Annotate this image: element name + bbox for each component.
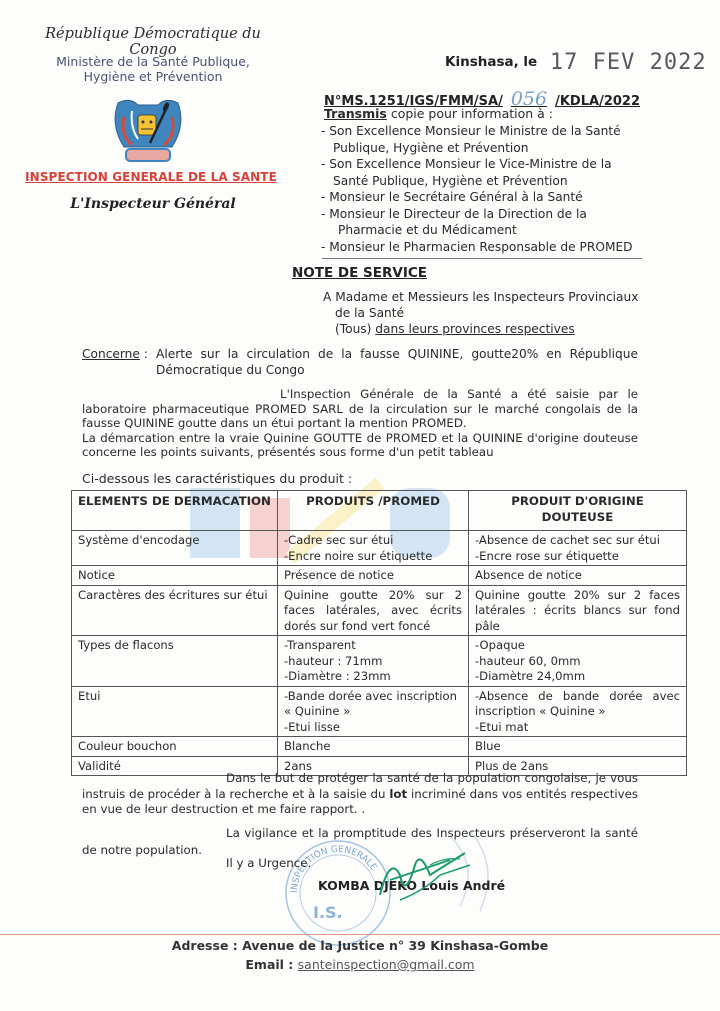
footer-address: Adresse : Avenue de la Justice n° 39 Kin… [0, 938, 720, 953]
cc-item: - Monsieur le Directeur de la Direction … [321, 206, 641, 239]
ministry-line-2: Hygiène et Prévention [30, 69, 276, 84]
addressee-underlined: dans leurs provinces respectives [375, 322, 574, 336]
addressee-line-3: (Tous) dans leurs provinces respectives [323, 321, 639, 337]
cell-line: -Etui mat [475, 720, 680, 736]
subject-text: Alerte sur la circulation de la fausse Q… [156, 346, 638, 378]
promed-cell: Présence de notice [278, 566, 469, 586]
handwritten-signature-icon [370, 845, 480, 905]
ref-suffix: /KDLA/2022 [555, 94, 640, 109]
addressee-line-2: de la Santé [323, 305, 639, 321]
cell-line: -Opaque [475, 638, 680, 654]
subject-block: Concerne : Alerte sur la circulation de … [82, 346, 638, 362]
addressee-prefix: (Tous) [335, 322, 371, 336]
cell-line: -Encre rose sur étiquette [475, 549, 680, 565]
ministry-name: Ministère de la Santé Publique, Hygiène … [30, 54, 276, 84]
drc-coat-of-arms-icon [110, 95, 186, 167]
cc-line: - Monsieur le Secrétaire Général à la Sa… [321, 190, 583, 204]
header-divider [322, 258, 642, 259]
promed-cell: -Cadre sec sur étui-Encre noire sur étiq… [278, 531, 469, 566]
column-header: PRODUIT D'ORIGINE DOUTEUSE [469, 491, 687, 531]
transmis-label: Transmis [324, 106, 387, 121]
addressee-line-1: A Madame et Messieurs les Inspecteurs Pr… [323, 290, 638, 304]
cell-line: -hauteur 60, 0mm [475, 654, 680, 670]
cell-line: Absence de notice [475, 568, 680, 584]
element-cell: Etui [72, 686, 278, 737]
cell-line: -Encre noire sur étiquette [284, 549, 462, 565]
date-stamp: 17 FEV 2022 [550, 50, 707, 75]
copy-recipients-list: - Son Excellence Monsieur le Ministre de… [321, 123, 641, 255]
element-cell: Types de flacons [72, 636, 278, 687]
promed-cell: -Bande dorée avec inscription « Quinine … [278, 686, 469, 737]
note-title: NOTE DE SERVICE [292, 265, 427, 281]
table-row: Couleur bouchonBlancheBlue [72, 737, 687, 757]
cell-line: Présence de notice [284, 568, 462, 584]
cell-line: -hauteur : 71mm [284, 654, 462, 670]
cell-line: -Absence de cachet sec sur étui [475, 533, 680, 549]
cell-line: Blue [475, 739, 680, 755]
addressee-block: A Madame et Messieurs les Inspecteurs Pr… [323, 289, 639, 337]
cell-line: -Bande dorée avec inscription « Quinine … [284, 689, 462, 720]
cc-line: Pharmacie et du Médicament [321, 222, 641, 239]
cell-line: -Transparent [284, 638, 462, 654]
cell-line: Quinine goutte 20% sur 2 faces latérales… [284, 588, 462, 635]
element-cell: Caractères des écritures sur étui [72, 585, 278, 636]
ministry-line-1: Ministère de la Santé Publique, [30, 54, 276, 69]
department-name: INSPECTION GENERALE DE LA SANTE [20, 170, 282, 184]
intro-paragraph-2: La démarcation entre la vraie Quinine GO… [82, 431, 638, 460]
cc-item: - Monsieur le Secrétaire Général à la Sa… [321, 189, 641, 206]
element-cell: Notice [72, 566, 278, 586]
column-header: ELEMENTS DE DERMACATION [72, 491, 278, 531]
cell-line: -Diamètre : 23mm [284, 669, 462, 685]
douteuse-cell: Blue [469, 737, 687, 757]
cc-line: Publique, Hygiène et Prévention [321, 140, 641, 157]
place-date-prefix: Kinshasa, le [445, 54, 537, 70]
svg-text:I.S.: I.S. [313, 903, 343, 922]
cell-line: Blanche [284, 739, 462, 755]
footer-email: Email : santeinspection@gmail.com [0, 957, 720, 972]
email-link[interactable]: santeinspection@gmail.com [298, 957, 475, 972]
office-title: L'Inspecteur Général [30, 196, 276, 212]
cc-item: - Son Excellence Monsieur le Ministre de… [321, 123, 641, 156]
cell-line: -Absence de bande dorée avec inscription… [475, 689, 680, 720]
cell-line: Quinine goutte 20% sur 2 faces latérales… [475, 588, 680, 635]
intro-paragraph-1: L'Inspection Générale de la Santé a été … [82, 387, 638, 431]
cc-item: - Monsieur le Pharmacien Responsable de … [321, 239, 641, 256]
cc-line: - Son Excellence Monsieur le Vice-Minist… [321, 157, 612, 171]
table-row: Etui-Bande dorée avec inscription « Quin… [72, 686, 687, 737]
douteuse-cell: -Absence de bande dorée avec inscription… [469, 686, 687, 737]
transmis-text: copie pour information à : [391, 106, 553, 121]
cc-line: - Monsieur le Pharmacien Responsable de … [321, 240, 633, 254]
instruction-paragraph: Dans le but de protéger la santé de la p… [82, 771, 638, 818]
promed-cell: Quinine goutte 20% sur 2 faces latérales… [278, 585, 469, 636]
promed-cell: Blanche [278, 737, 469, 757]
subject-label-wrap: Concerne : [82, 346, 156, 362]
intro-paragraph: L'Inspection Générale de la Santé a été … [82, 387, 638, 460]
promed-cell: -Transparent-hauteur : 71mm-Diamètre : 2… [278, 636, 469, 687]
footer-divider [0, 934, 720, 935]
element-cell: Couleur bouchon [72, 737, 278, 757]
element-cell: Système d'encodage [72, 531, 278, 566]
subject-label: Concerne [82, 347, 140, 361]
cell-line: -Cadre sec sur étui [284, 533, 462, 549]
comparison-table: ELEMENTS DE DERMACATION PRODUITS /PROMED… [71, 490, 687, 776]
place-date: Kinshasa, le 17 FEV 2022 [445, 50, 707, 75]
email-label: Email : [245, 957, 293, 972]
cc-line: - Son Excellence Monsieur le Ministre de… [321, 124, 621, 138]
table-row: Système d'encodage-Cadre sec sur étui-En… [72, 531, 687, 566]
douteuse-cell: -Opaque-hauteur 60, 0mm-Diamètre 24,0mm [469, 636, 687, 687]
cell-line: -Diamètre 24,0mm [475, 669, 680, 685]
table-header-row: ELEMENTS DE DERMACATION PRODUITS /PROMED… [72, 491, 687, 531]
instruction-bold-word: lot [389, 787, 407, 801]
cc-item: - Son Excellence Monsieur le Vice-Minist… [321, 156, 641, 189]
transmis-line: Transmis copie pour information à : [324, 106, 553, 121]
cc-line: Santé Publique, Hygiène et Prévention [321, 173, 641, 190]
cc-line: - Monsieur le Directeur de la Direction … [321, 207, 587, 221]
cell-line: -Etui lisse [284, 720, 462, 736]
table-row: NoticePrésence de noticeAbsence de notic… [72, 566, 687, 586]
table-row: Caractères des écritures sur étuiQuinine… [72, 585, 687, 636]
douteuse-cell: Quinine goutte 20% sur 2 faces latérales… [469, 585, 687, 636]
douteuse-cell: -Absence de cachet sec sur étui-Encre ro… [469, 531, 687, 566]
column-header: PRODUITS /PROMED [278, 491, 469, 531]
urgency-note: Il y a Urgence. [226, 856, 311, 870]
douteuse-cell: Absence de notice [469, 566, 687, 586]
table-row: Types de flacons-Transparent-hauteur : 7… [72, 636, 687, 687]
